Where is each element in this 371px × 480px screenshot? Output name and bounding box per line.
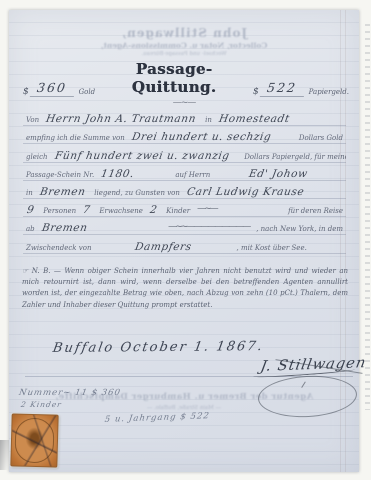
printed-label: , nach New York, in dem	[253, 225, 346, 234]
printed-label: Erwachsene	[96, 207, 145, 216]
handwritten-entry: Dampfers	[130, 241, 199, 253]
gold-unit-label: Gold	[75, 88, 98, 97]
body-lines: VonHerrn John A. TrautmanninHomesteadtem…	[23, 108, 346, 254]
printed-label: Von	[23, 116, 42, 125]
handwritten-entry: 2	[145, 204, 164, 216]
handwritten-entry: 7	[78, 204, 97, 216]
printed-label: für deren Reise	[285, 207, 346, 216]
bleed-through-line: Wechsel- und Passage-Büreau.	[9, 51, 359, 57]
paper-unit-label: Papiergeld.	[305, 88, 351, 97]
printed-label: Personen	[40, 207, 79, 216]
printed-label: Passage-Schein Nr.	[23, 171, 97, 180]
printed-label: Dollars Gold	[296, 134, 346, 143]
pen-stroke: —~~—————————	[164, 222, 253, 234]
form-line: empfing ich die Summe vonDrei hundert u.…	[23, 126, 346, 144]
scan-edge-marks	[365, 24, 370, 410]
form-line: abBremen—~~—————————, nach New York, in …	[23, 217, 346, 235]
form-line: Passage-Schein Nr.1180.auf HerrnEd' Joho…	[23, 163, 346, 181]
printed-label: ab	[23, 225, 38, 234]
printed-label: gleich	[23, 153, 51, 162]
us-revenue-stamp	[10, 413, 58, 467]
header-row: $ 360 Gold Passage-Quittung. $ 522 Papie…	[21, 60, 351, 97]
handwritten-entry: Ed' Johow	[244, 168, 315, 180]
document-title: Passage-Quittung.	[97, 60, 251, 97]
dateline-handwritten: Buffalo October 1. 1867.	[52, 339, 265, 356]
handwritten-entry: Drei hundert u. sechzig	[127, 131, 278, 143]
form-line: inBremenliegend, zu Gunsten vonCarl Ludw…	[23, 181, 346, 199]
handwritten-entry: 1180.	[96, 168, 141, 180]
handwritten-entry: 9	[23, 204, 41, 216]
title-divider-flourish: —~—	[9, 98, 359, 108]
printed-label: in	[23, 189, 36, 198]
printed-label: in	[202, 116, 215, 125]
printed-label: Dollars Papiergeld, für meinen	[241, 153, 346, 162]
scanned-document: { "document": { "title": "Passage-Quittu…	[0, 0, 371, 480]
form-line: Zwischendeck vonDampfers, mit Kost über …	[23, 235, 346, 253]
handwritten-entry: Carl Ludwig Krause	[182, 186, 311, 198]
pencil-oval-scribble	[257, 373, 358, 419]
printed-label: auf Herrn	[172, 171, 213, 180]
form-line: gleichFünf hundert zwei u. zwanzigDollar…	[23, 144, 346, 162]
handwritten-entry: Bremen	[35, 186, 93, 198]
bleed-through-letterhead: John Stillwagen,Collector, Notar u. Comm…	[9, 26, 359, 57]
handwritten-entry: Herrn John A. Trautmann	[41, 113, 203, 125]
receipt-paper: John Stillwagen,Collector, Notar u. Comm…	[9, 10, 359, 472]
pencil-note: 5 u. Jahrgang $ 522	[104, 411, 210, 425]
form-line: VonHerrn John A. TrautmanninHomesteadt	[23, 108, 346, 126]
printed-label: Zwischendeck von	[23, 244, 94, 253]
printed-label: liegend, zu Gunsten von	[91, 189, 183, 198]
paper-amount-handwritten: 522	[260, 80, 306, 97]
handwritten-entry: Bremen	[37, 222, 95, 234]
refund-notice: ☞ N. B. — Wenn obiger Schein innerhalb v…	[22, 266, 348, 311]
handwritten-entry: Homesteadt	[214, 113, 297, 125]
gold-amount-handwritten: 360	[30, 80, 76, 97]
pen-stroke: —~—	[193, 204, 221, 216]
bleed-through-line: John Stillwagen,	[9, 26, 359, 40]
printed-label: empfing ich die Summe von	[23, 134, 128, 143]
printed-label: , mit Kost über See.	[234, 244, 310, 253]
bleed-through-line: Collector, Notar u. Commissions-Agent,	[9, 41, 359, 50]
handwritten-entry: Fünf hundert zwei u. zwanzig	[49, 150, 236, 162]
form-line: 9Personen7Erwachsene2Kinder—~—für deren …	[23, 199, 346, 217]
printed-label: Kinder	[163, 207, 193, 216]
